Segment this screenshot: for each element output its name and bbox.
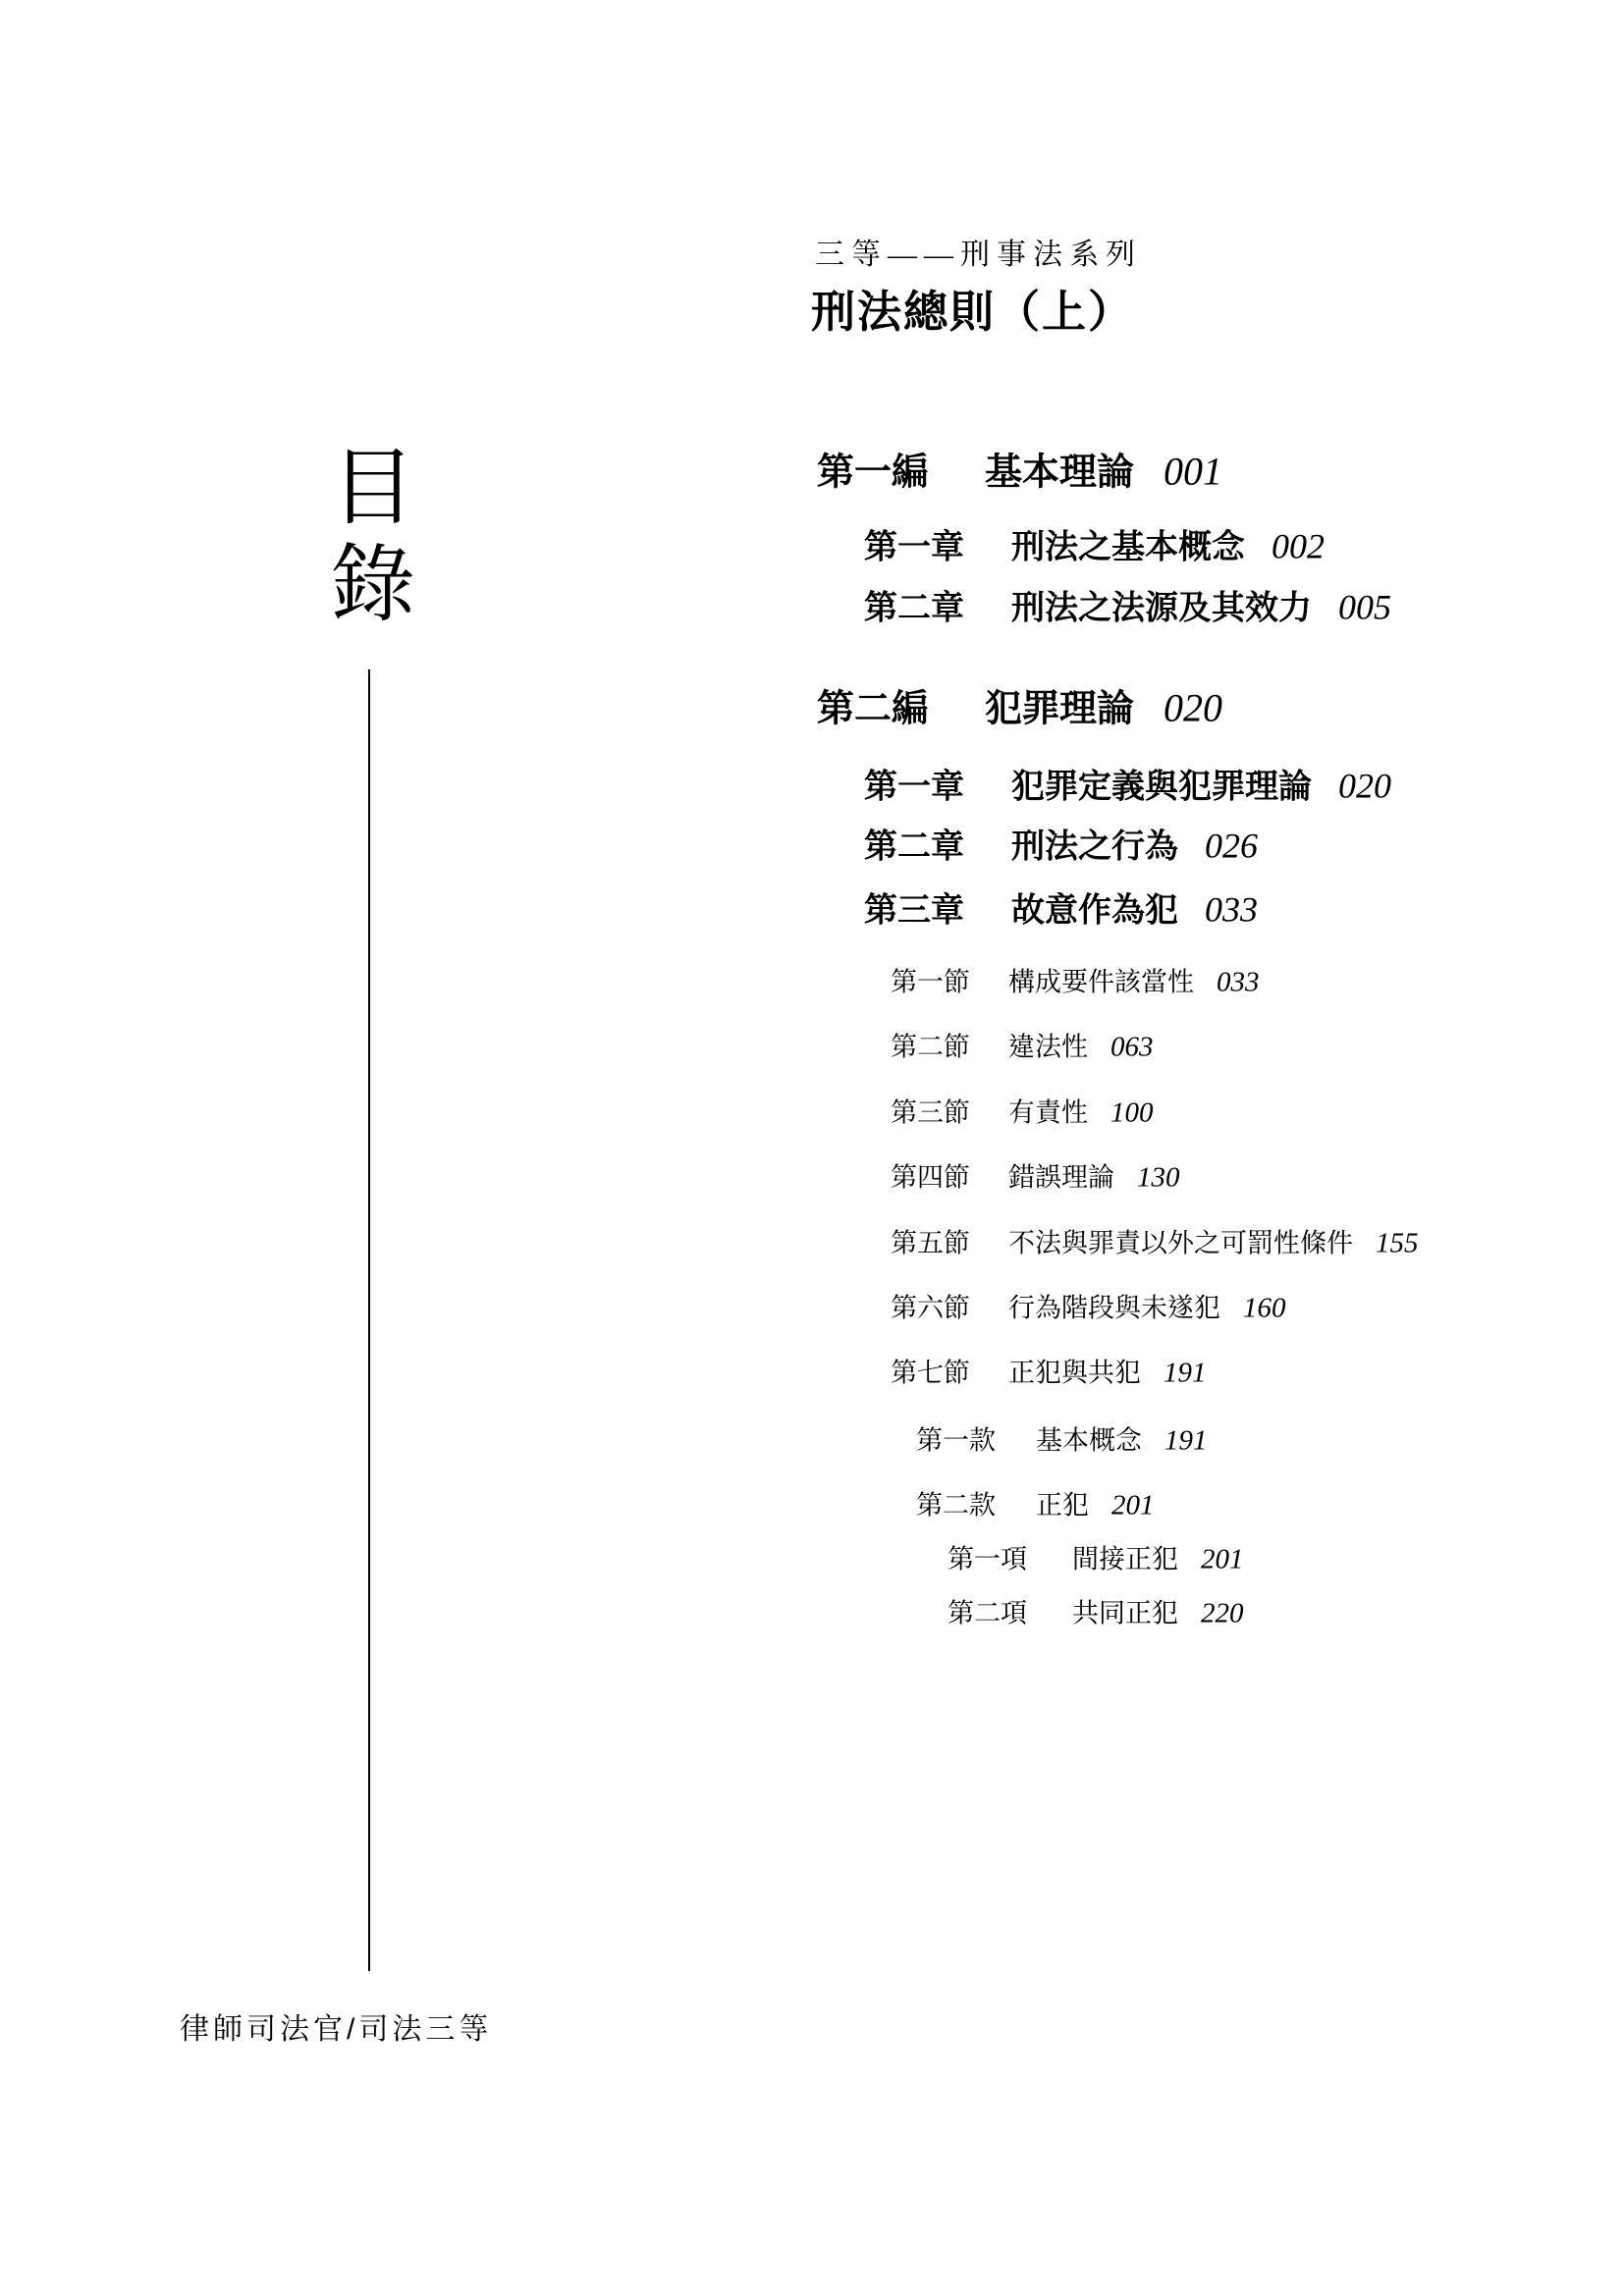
- toc-entry-title: 共同正犯: [1072, 1592, 1178, 1630]
- toc-entry: 第二節違法性063: [891, 1026, 1154, 1064]
- toc-entry-page: 063: [1110, 1032, 1154, 1064]
- toc-entry-label: 第五節: [891, 1222, 970, 1260]
- toc-entry-title: 犯罪定義與犯罪理論: [1011, 760, 1312, 808]
- toc-entry-page: 005: [1338, 587, 1391, 628]
- toc-entry-title: 有責性: [1008, 1092, 1088, 1130]
- toc-entry-title: 間接正犯: [1072, 1538, 1178, 1576]
- toc-entry-title: 行為階段與未遂犯: [1008, 1287, 1220, 1325]
- toc-entry-label: 第二節: [891, 1026, 970, 1064]
- toc-entry-page: 001: [1164, 448, 1222, 494]
- toc-entry-label: 第三章: [864, 883, 964, 932]
- toc-entry-title: 刑法之基本概念: [1011, 520, 1245, 568]
- toc-list: 第一編基本理論001第一章刑法之基本概念002第二章刑法之法源及其效力005第二…: [0, 0, 1624, 2296]
- toc-entry: 第七節正犯與共犯191: [891, 1352, 1207, 1390]
- toc-entry-label: 第一項: [947, 1538, 1027, 1576]
- toc-entry-page: 026: [1205, 826, 1258, 867]
- toc-entry-label: 第四節: [891, 1156, 970, 1195]
- toc-entry-page: 020: [1164, 684, 1222, 730]
- toc-entry: 第五節不法與罪責以外之可罰性條件155: [891, 1222, 1419, 1260]
- toc-entry-label: 第一編: [817, 441, 929, 495]
- toc-entry-label: 第二款: [916, 1484, 996, 1522]
- toc-entry-title: 錯誤理論: [1008, 1156, 1114, 1195]
- toc-entry-page: 220: [1201, 1598, 1244, 1630]
- toc-entry-title: 正犯: [1036, 1484, 1089, 1522]
- toc-entry-title: 基本理論: [985, 441, 1134, 495]
- toc-entry-page: 020: [1338, 766, 1391, 807]
- toc-entry-label: 第二章: [864, 581, 964, 629]
- toc-entry-page: 033: [1217, 967, 1260, 999]
- toc-entry: 第三節有責性100: [891, 1092, 1154, 1130]
- toc-entry-page: 191: [1164, 1358, 1207, 1390]
- toc-entry-label: 第一章: [864, 760, 964, 808]
- toc-entry: 第一節構成要件該當性033: [891, 961, 1260, 999]
- toc-entry: 第一編基本理論001: [817, 441, 1222, 495]
- toc-entry: 第一款基本概念191: [916, 1419, 1208, 1458]
- toc-entry: 第二項共同正犯220: [947, 1592, 1244, 1630]
- toc-page: 三等——刑事法系列 刑法總則（上） 目錄 第一編基本理論001第一章刑法之基本概…: [0, 0, 1624, 2296]
- toc-entry-title: 構成要件該當性: [1008, 961, 1194, 999]
- toc-entry-label: 第二編: [817, 677, 929, 731]
- toc-entry-page: 033: [1205, 889, 1258, 931]
- toc-entry-page: 130: [1137, 1162, 1180, 1195]
- toc-entry-label: 第一節: [891, 961, 970, 999]
- toc-entry-page: 100: [1110, 1097, 1154, 1130]
- toc-entry: 第二款正犯201: [916, 1484, 1155, 1522]
- toc-entry-label: 第二章: [864, 820, 964, 868]
- toc-entry: 第三章故意作為犯033: [864, 883, 1258, 932]
- toc-entry-title: 故意作為犯: [1011, 883, 1178, 932]
- toc-entry-label: 第六節: [891, 1287, 970, 1325]
- toc-entry-label: 第三節: [891, 1092, 970, 1130]
- toc-entry-title: 不法與罪責以外之可罰性條件: [1008, 1222, 1353, 1260]
- toc-entry-title: 刑法之法源及其效力: [1011, 581, 1312, 629]
- toc-entry: 第二編犯罪理論020: [817, 677, 1222, 731]
- toc-entry-page: 191: [1164, 1425, 1208, 1458]
- toc-entry: 第四節錯誤理論130: [891, 1156, 1180, 1195]
- footer-label: 律師司法官/司法三等: [180, 2004, 492, 2048]
- toc-entry: 第一章犯罪定義與犯罪理論020: [864, 760, 1391, 808]
- toc-entry-title: 犯罪理論: [985, 677, 1134, 731]
- toc-entry: 第二章刑法之法源及其效力005: [864, 581, 1391, 629]
- toc-entry-page: 160: [1243, 1293, 1286, 1325]
- toc-entry-label: 第一章: [864, 520, 964, 568]
- toc-entry-label: 第七節: [891, 1352, 970, 1390]
- toc-entry-page: 002: [1272, 526, 1325, 567]
- toc-entry: 第六節行為階段與未遂犯160: [891, 1287, 1286, 1325]
- toc-entry-title: 違法性: [1008, 1026, 1088, 1064]
- toc-entry-title: 刑法之行為: [1011, 820, 1178, 868]
- toc-entry-page: 201: [1111, 1490, 1155, 1522]
- toc-entry: 第二章刑法之行為026: [864, 820, 1258, 868]
- toc-entry-title: 正犯與共犯: [1008, 1352, 1141, 1390]
- toc-entry-title: 基本概念: [1036, 1419, 1142, 1458]
- toc-entry-page: 201: [1201, 1544, 1244, 1576]
- toc-entry-label: 第一款: [916, 1419, 996, 1458]
- toc-entry: 第一章刑法之基本概念002: [864, 520, 1325, 568]
- toc-entry-label: 第二項: [947, 1592, 1027, 1630]
- toc-entry: 第一項間接正犯201: [947, 1538, 1244, 1576]
- toc-entry-page: 155: [1376, 1228, 1419, 1260]
